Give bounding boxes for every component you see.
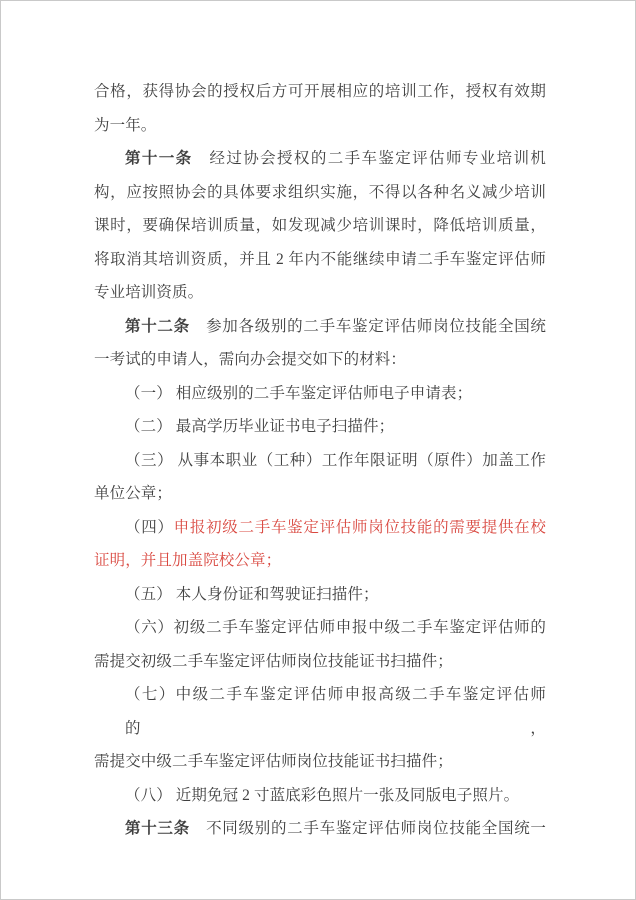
text-segment: （二） 最高学历毕业证书电子扫描件； bbox=[125, 418, 394, 435]
red-text-segment: 证明，并且加盖院校公章； bbox=[94, 552, 281, 569]
text-segment: 不同级别的二手车鉴定评估师岗位技能全国统一 bbox=[190, 820, 546, 837]
doc-line: 单位公章； bbox=[94, 477, 546, 511]
document-page: 合格，获得协会的授权后方可开展相应的培训工作，授权有效期为一年。第十一条 经过协… bbox=[0, 0, 636, 900]
text-segment: 经过协会授权的二手车鉴定评估师专业培训机 bbox=[193, 150, 546, 167]
text-segment: 构，应按照协会的具体要求组织实施，不得以各种名义减少培训 bbox=[94, 184, 546, 201]
doc-line: 证明，并且加盖院校公章； bbox=[94, 544, 546, 578]
doc-line: 构，应按照协会的具体要求组织实施，不得以各种名义减少培训 bbox=[94, 176, 546, 210]
article-heading-segment: 第十一条 bbox=[125, 150, 193, 167]
doc-line: （八） 近期免冠 2 寸蓝底彩色照片一张及同版电子照片。 bbox=[94, 779, 546, 813]
doc-line: （二） 最高学历毕业证书电子扫描件； bbox=[94, 410, 546, 444]
text-segment: 将取消其培训资质，并且 2 年内不能继续申请二手车鉴定评估师 bbox=[94, 251, 546, 268]
doc-line: 第十二条 参加各级别的二手车鉴定评估师岗位技能全国统 bbox=[94, 310, 546, 344]
doc-line: 需提交初级二手车鉴定评估师岗位技能证书扫描件； bbox=[94, 645, 546, 679]
doc-line: 需提交中级二手车鉴定评估师岗位技能证书扫描件； bbox=[94, 745, 546, 779]
text-segment: （八） 近期免冠 2 寸蓝底彩色照片一张及同版电子照片。 bbox=[125, 787, 519, 804]
doc-line: （四）申报初级二手车鉴定评估师岗位技能的需要提供在校 bbox=[94, 511, 546, 545]
doc-line: 第十一条 经过协会授权的二手车鉴定评估师专业培训机 bbox=[94, 142, 546, 176]
doc-line: （三） 从事本职业（工种）工作年限证明（原件）加盖工作 bbox=[94, 444, 546, 478]
doc-line: 第十三条 不同级别的二手车鉴定评估师岗位技能全国统一 bbox=[94, 812, 546, 846]
text-segment: （三） 从事本职业（工种）工作年限证明（原件）加盖工作 bbox=[125, 452, 546, 469]
text-segment: 为一年。 bbox=[94, 117, 156, 134]
doc-line: 将取消其培训资质，并且 2 年内不能继续申请二手车鉴定评估师 bbox=[94, 243, 546, 277]
doc-line: 课时，要确保培训质量，如发现减少培训课时，降低培训质量， bbox=[94, 209, 546, 243]
doc-line: （五） 本人身份证和驾驶证扫描件； bbox=[94, 578, 546, 612]
text-segment: （一） 相应级别的二手车鉴定评估师电子申请表； bbox=[125, 385, 472, 402]
text-segment: （四） bbox=[125, 519, 174, 536]
text-segment: 合格，获得协会的授权后方可开展相应的培训工作，授权有效期 bbox=[94, 83, 546, 100]
document-body: 合格，获得协会的授权后方可开展相应的培训工作，授权有效期为一年。第十一条 经过协… bbox=[94, 75, 546, 846]
text-segment: 单位公章； bbox=[94, 485, 172, 502]
text-segment: 一考试的申请人，需向办会提交如下的材料： bbox=[94, 351, 406, 368]
doc-line: 专业培训资质。 bbox=[94, 276, 546, 310]
article-heading-segment: 第十二条 bbox=[125, 318, 190, 335]
doc-line: 一考试的申请人，需向办会提交如下的材料： bbox=[94, 343, 546, 377]
red-text-segment: 申报初级二手车鉴定评估师岗位技能的需要提供在校 bbox=[174, 519, 546, 536]
text-segment: 需提交初级二手车鉴定评估师岗位技能证书扫描件； bbox=[94, 653, 453, 670]
text-segment: 参加各级别的二手车鉴定评估师岗位技能全国统 bbox=[190, 318, 546, 335]
article-heading-segment: 第十三条 bbox=[125, 820, 190, 837]
text-segment: （五） 本人身份证和驾驶证扫描件； bbox=[125, 586, 379, 603]
doc-line: （七）中级二手车鉴定评估师申报高级二手车鉴定评估师的， bbox=[94, 678, 546, 745]
text-segment: 课时，要确保培训质量，如发现减少培训课时，降低培训质量， bbox=[94, 217, 546, 234]
doc-line: 为一年。 bbox=[94, 109, 546, 143]
text-segment: 专业培训资质。 bbox=[94, 284, 203, 301]
doc-line: （六）初级二手车鉴定评估师申报中级二手车鉴定评估师的 bbox=[94, 611, 546, 645]
text-segment: 需提交中级二手车鉴定评估师岗位技能证书扫描件； bbox=[94, 753, 453, 770]
text-segment: （七）中级二手车鉴定评估师申报高级二手车鉴定评估师的， bbox=[125, 686, 546, 737]
text-segment: （六）初级二手车鉴定评估师申报中级二手车鉴定评估师的 bbox=[125, 619, 546, 636]
doc-line: （一） 相应级别的二手车鉴定评估师电子申请表； bbox=[94, 377, 546, 411]
doc-line: 合格，获得协会的授权后方可开展相应的培训工作，授权有效期 bbox=[94, 75, 546, 109]
